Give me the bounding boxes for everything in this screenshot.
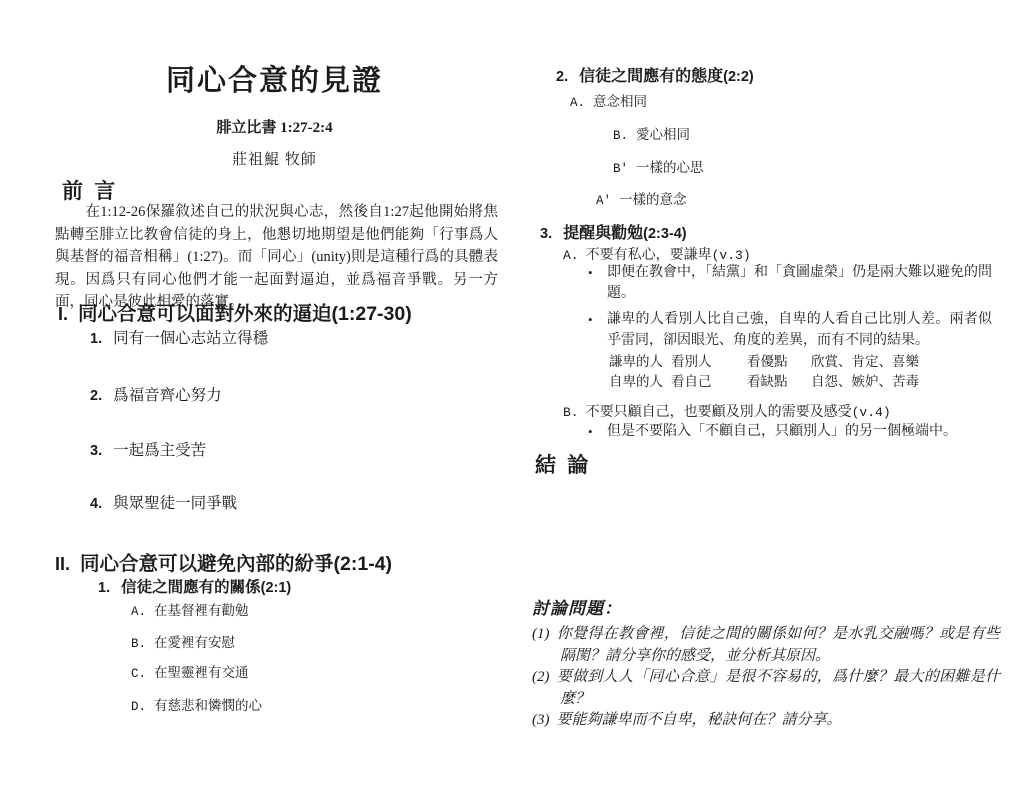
section1-ref: (1:27-30) (332, 303, 412, 325)
item-number: 3. (90, 443, 102, 459)
author-name: 莊祖鯤 牧師 (52, 148, 497, 169)
item-label: B' (613, 162, 628, 176)
point-ref: (2:3-4) (643, 226, 687, 242)
item-text: 在愛裡有安慰 (154, 635, 235, 650)
bullet-text: 即便在教會中，「結黨」和「貪圖虛榮」仍是兩大難以避免的問題。 (607, 262, 992, 304)
item-label: C. (131, 667, 146, 681)
point-number: 3. (540, 226, 552, 242)
comparison-row-humble: 謙卑的人 看別人 看優點 欣賞、肯定、喜樂 (609, 352, 919, 372)
item-text: 與眾聖徒一同爭戰 (113, 495, 237, 512)
question-number: (1) (532, 626, 550, 642)
item-text: 意念相同 (593, 94, 647, 109)
section1-numeral: I. (58, 304, 68, 324)
statement-text: 不要只顧自己，也要顧及別人的需要及感受 (586, 405, 852, 420)
bullet-text: 謙卑的人看別人比自己強，自卑的人看自己比別人差。兩者似乎雷同，卻因眼光、角度的差… (607, 309, 992, 351)
item-text: 爲福音齊心努力 (113, 387, 222, 404)
question-text: 你覺得在教會裡，信徒之間的關係如何？是水乳交融嗎？或是有些隔閡？請分享你的感受，… (557, 626, 1001, 664)
point3-heading: 3.提醒與勸勉(2:3-4) (540, 220, 687, 243)
conclusion-heading: 結 論 (535, 449, 591, 479)
cell: 看自己 (671, 372, 747, 392)
page-title: 同心合意的見證 (52, 58, 497, 99)
item-label: B. (613, 129, 628, 143)
point-number: 2. (556, 69, 568, 85)
discussion-heading: 討論問題： (532, 594, 1000, 619)
item-number: 1. (90, 331, 102, 347)
bullet-item: • 但是不要陷入「不顧自己，只顧別人」的另一個極端中。 (588, 421, 1008, 442)
cell: 看別人 (671, 352, 747, 372)
point1-heading: 1.信徒之間應有的關係(2:1) (98, 575, 291, 597)
item-label: A' (596, 194, 611, 208)
cell: 欣賞、肯定、喜樂 (811, 352, 919, 372)
cell: 謙卑的人 (609, 352, 671, 372)
cell: 看缺點 (747, 372, 811, 392)
point1-item-a: A.在基督裡有勸勉 (131, 599, 249, 619)
item-label: B. (131, 637, 146, 651)
bullet-icon: • (588, 421, 607, 442)
comparison-row-self-abased: 自卑的人 看自己 看缺點 自怨、嫉妒、苦毒 (609, 372, 919, 392)
bullet-icon: • (588, 262, 607, 304)
bullet-item: • 即便在教會中，「結黨」和「貪圖虛榮」仍是兩大難以避免的問題。 (588, 262, 992, 304)
cell: 自怨、嫉妒、苦毒 (811, 372, 919, 392)
cell: 自卑的人 (609, 372, 671, 392)
item-label: A. (563, 248, 579, 263)
item-text: 愛心相同 (636, 127, 690, 142)
discussion-question-2: (2)要做到人人「同心合意」是很不容易的，爲什麼？最大的困難是什麼？ (532, 667, 1000, 710)
section1-heading: I.同心合意可以面對外來的逼迫(1:27-30) (58, 298, 412, 326)
item-number: 2. (90, 388, 102, 404)
verse-ref: (v.4) (852, 405, 891, 420)
question-text: 要做到人人「同心合意」是很不容易的，爲什麼？最大的困難是什麼？ (557, 669, 1001, 707)
point2-item-b-prime: B'一樣的心思 (613, 156, 704, 176)
item-text: 在聖靈裡有交通 (154, 665, 249, 680)
point2-heading: 2.信徒之間應有的態度(2:2) (556, 63, 754, 86)
section1-item-2: 2.爲福音齊心努力 (90, 383, 222, 405)
section1-item-4: 4.與眾聖徒一同爭戰 (90, 491, 237, 513)
item-label: D. (131, 700, 146, 714)
verse-ref: (v.3) (712, 248, 751, 263)
point-number: 1. (98, 580, 110, 596)
item-text: 一樣的意念 (619, 192, 687, 207)
item-text: 一樣的心思 (636, 160, 704, 175)
point-ref: (2:2) (723, 69, 754, 85)
item-text: 在基督裡有勸勉 (154, 603, 249, 618)
preface-paragraph: 在1:12-26保羅敘述自己的狀況與心志，然後自1:27起他開始將焦點轉至腓立比… (55, 201, 498, 314)
bullet-text: 但是不要陷入「不顧自己，只顧別人」的另一個極端中。 (607, 421, 1008, 442)
sermon-outline-page: 同心合意的見證 腓立比書 1:27-2:4 莊祖鯤 牧師 前 言 在1:12-2… (0, 0, 1024, 791)
section1-item-3: 3.一起爲主受苦 (90, 438, 206, 460)
section1-item-1: 1.同有一個心志站立得穩 (90, 326, 268, 348)
point1-item-b: B.在愛裡有安慰 (131, 631, 235, 651)
item-label: A. (570, 96, 585, 110)
item-text: 同有一個心志站立得穩 (113, 330, 268, 347)
point2-item-b: B.愛心相同 (613, 123, 690, 143)
point3-statement-b: B.不要只顧自己，也要顧及別人的需要及感受(v.4) (563, 401, 891, 421)
bullet-item: • 謙卑的人看別人比自己強，自卑的人看自己比別人差。兩者似乎雷同，卻因眼光、角度… (588, 309, 992, 351)
question-text: 要能夠謙卑而不自卑，秘訣何在？請分享。 (557, 712, 842, 728)
item-text: 有慈悲和憐憫的心 (154, 698, 262, 713)
discussion-section: 討論問題： (1)你覺得在教會裡，信徒之間的關係如何？是水乳交融嗎？或是有些隔閡… (532, 594, 1000, 732)
discussion-question-1: (1)你覺得在教會裡，信徒之間的關係如何？是水乳交融嗎？或是有些隔閡？請分享你的… (532, 624, 1000, 667)
point2-item-a: A.意念相同 (570, 90, 647, 110)
section2-title: 同心合意可以避免內部的紛爭 (80, 554, 334, 575)
point2-item-a-prime: A'一樣的意念 (596, 188, 687, 208)
statement-text: 不要有私心，要謙卑 (586, 248, 712, 263)
section2-ref: (2:1-4) (334, 553, 393, 575)
section1-title: 同心合意可以面對外來的逼迫 (78, 304, 332, 325)
point-title: 信徒之間應有的關係 (121, 579, 261, 596)
comparison-table: 謙卑的人 看別人 看優點 欣賞、肯定、喜樂 自卑的人 看自己 看缺點 自怨、嫉妒… (609, 352, 919, 391)
section2-heading: II.同心合意可以避免內部的紛爭(2:1-4) (55, 548, 392, 576)
item-text: 一起爲主受苦 (113, 442, 206, 459)
item-number: 4. (90, 496, 102, 512)
discussion-question-3: (3)要能夠謙卑而不自卑，秘訣何在？請分享。 (532, 710, 1000, 732)
point1-item-c: C.在聖靈裡有交通 (131, 661, 249, 681)
bullet-icon: • (588, 309, 607, 351)
item-label: A. (131, 605, 146, 619)
point-ref: (2:1) (261, 580, 292, 596)
scripture-reference: 腓立比書 1:27-2:4 (52, 116, 497, 137)
item-label: B. (563, 405, 579, 420)
cell: 看優點 (747, 352, 811, 372)
question-number: (2) (532, 669, 550, 685)
question-number: (3) (532, 712, 550, 728)
point-title: 信徒之間應有的態度 (579, 68, 723, 85)
point1-item-d: D.有慈悲和憐憫的心 (131, 694, 262, 714)
section2-numeral: II. (55, 554, 70, 574)
point-title: 提醒與勸勉 (563, 225, 643, 242)
point3-statement-a: A.不要有私心，要謙卑(v.3) (563, 244, 751, 264)
